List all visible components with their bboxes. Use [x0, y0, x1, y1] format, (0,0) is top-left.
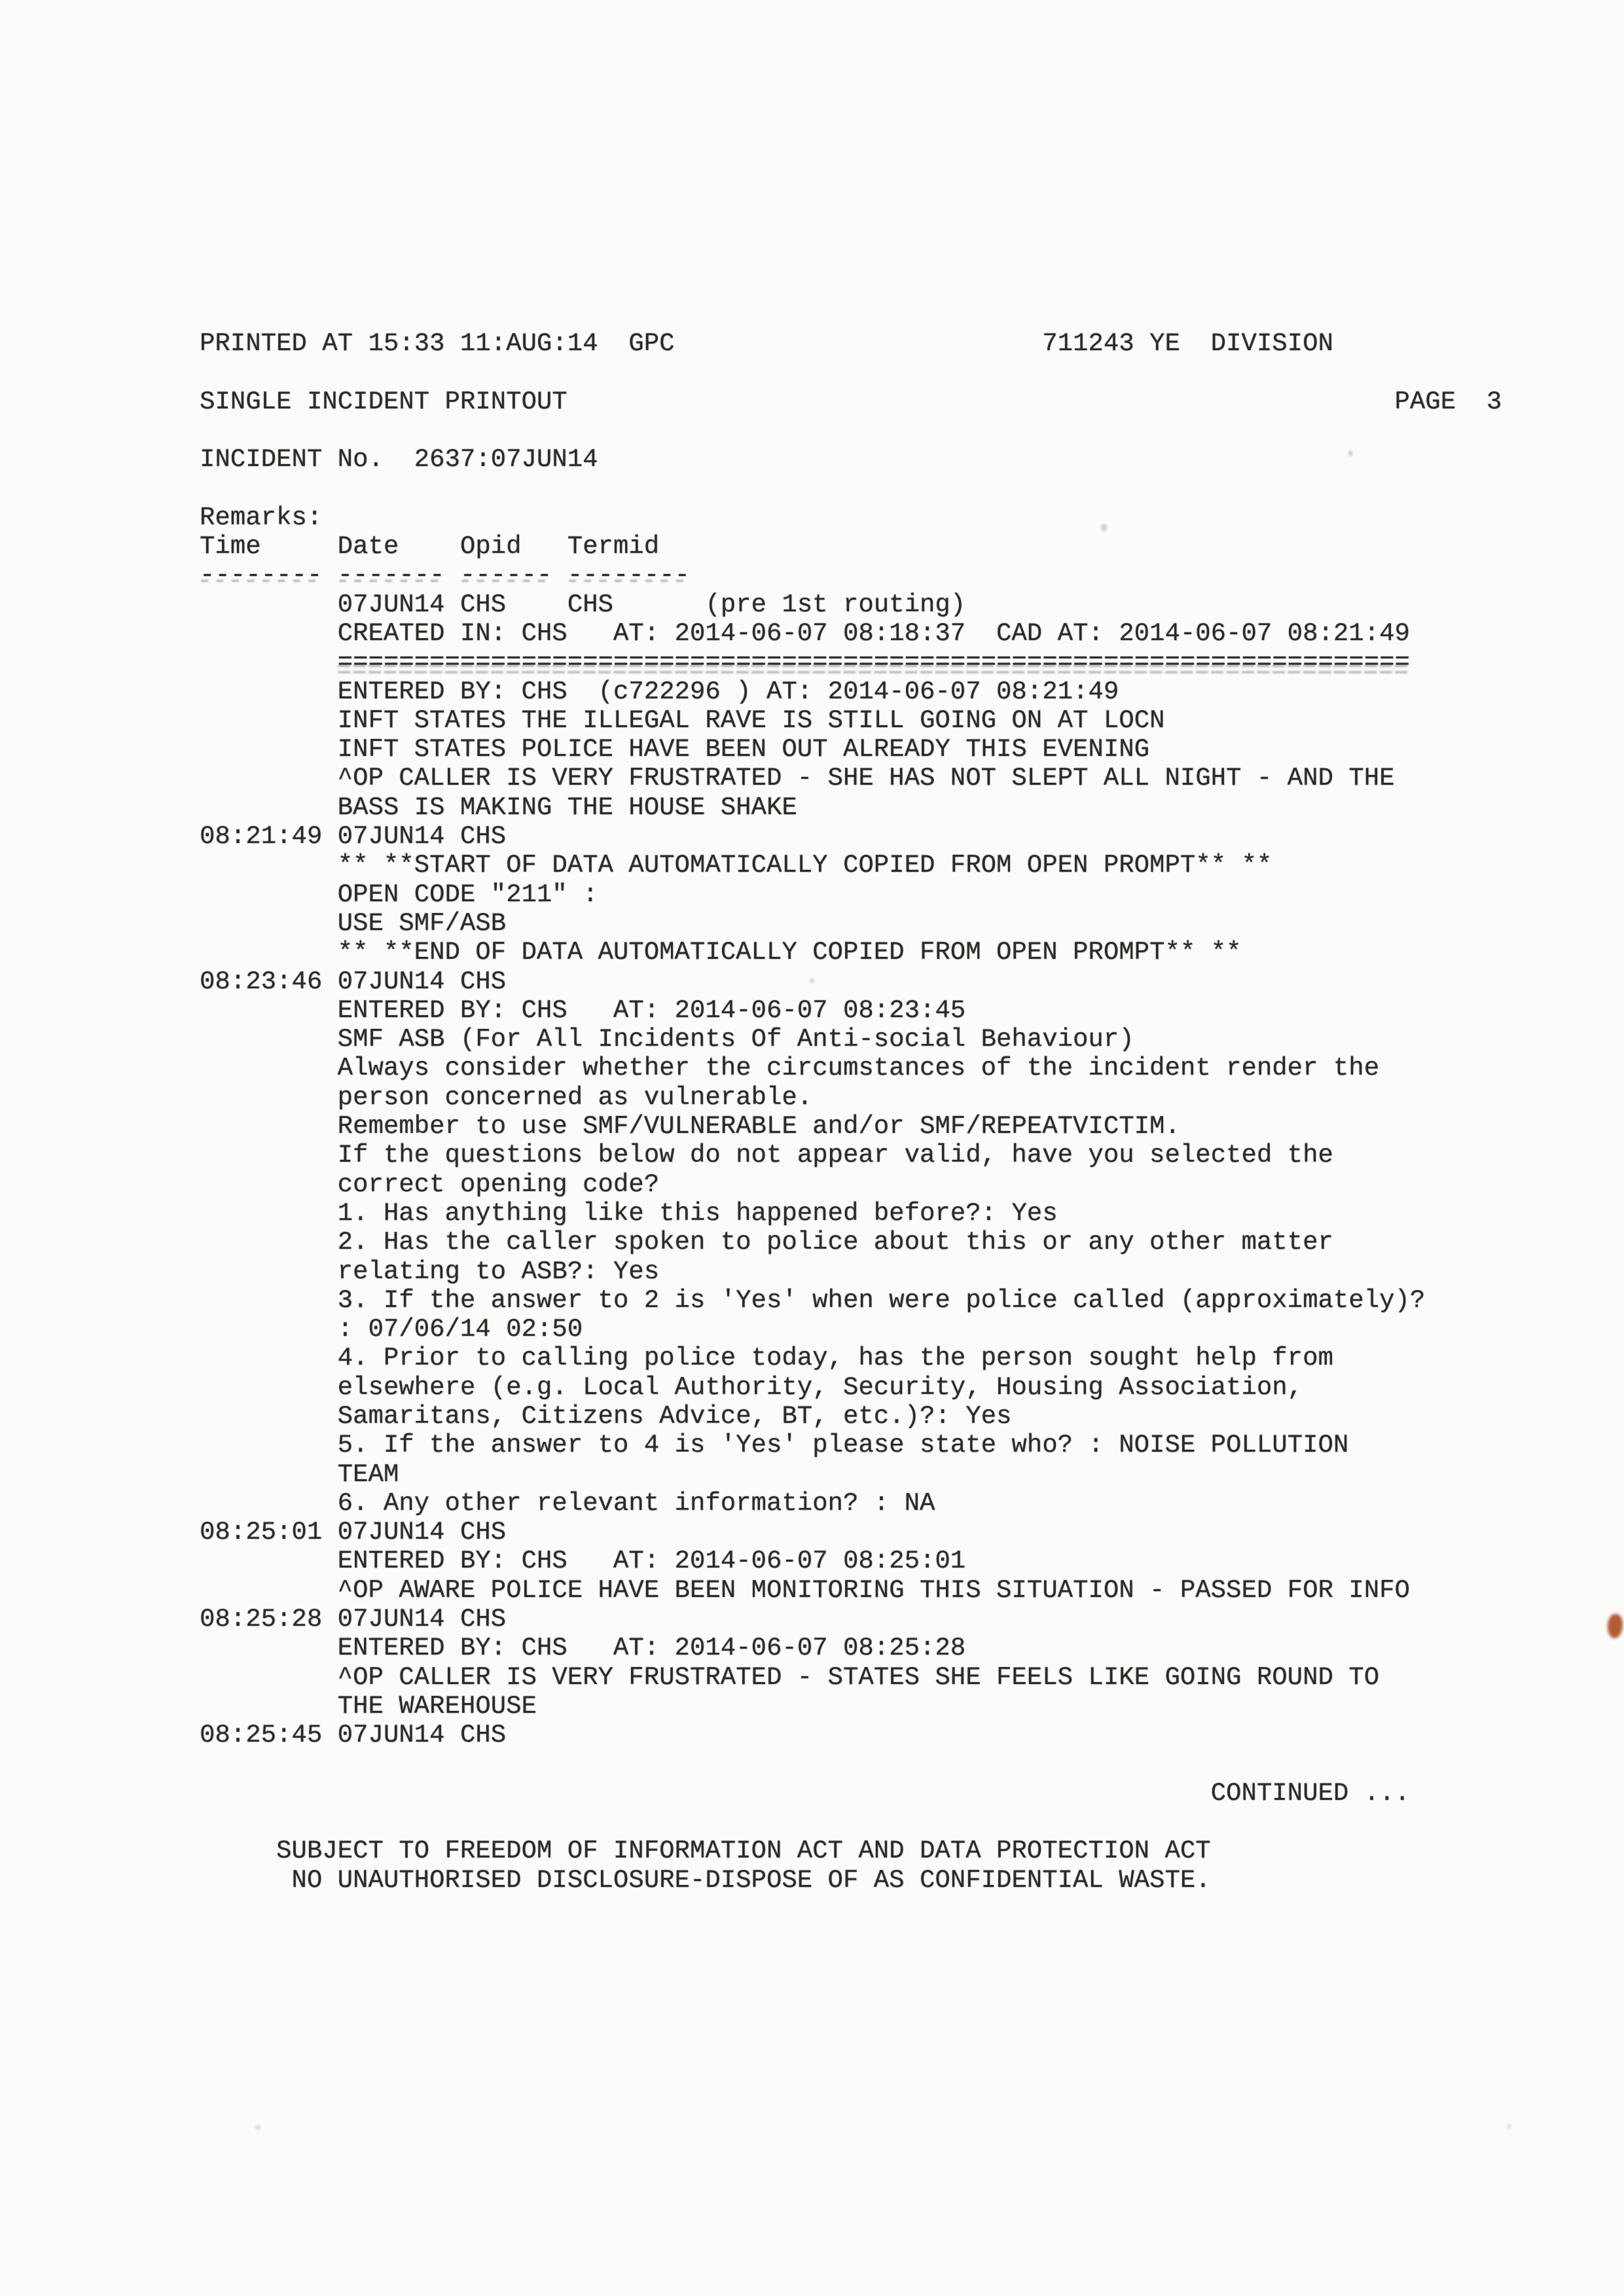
scan-speck [810, 978, 814, 983]
scanned-incident-printout-page: PRINTED AT 15:33 11:AUG:14 GPC 711243 YE… [0, 0, 1624, 2296]
scan-speck [1348, 450, 1352, 456]
scan-speck [255, 2125, 261, 2130]
dash-row-double-strike: -------- ------- ------ -------- [197, 567, 687, 596]
scan-speck [1101, 524, 1107, 531]
equals-row-double-strike: ========================================… [336, 656, 1409, 685]
scan-speck [1507, 2124, 1511, 2128]
red-ink-scan-mark [1608, 1614, 1623, 1638]
incident-printout-text: PRINTED AT 15:33 11:AUG:14 GPC 711243 YE… [200, 329, 1502, 1895]
